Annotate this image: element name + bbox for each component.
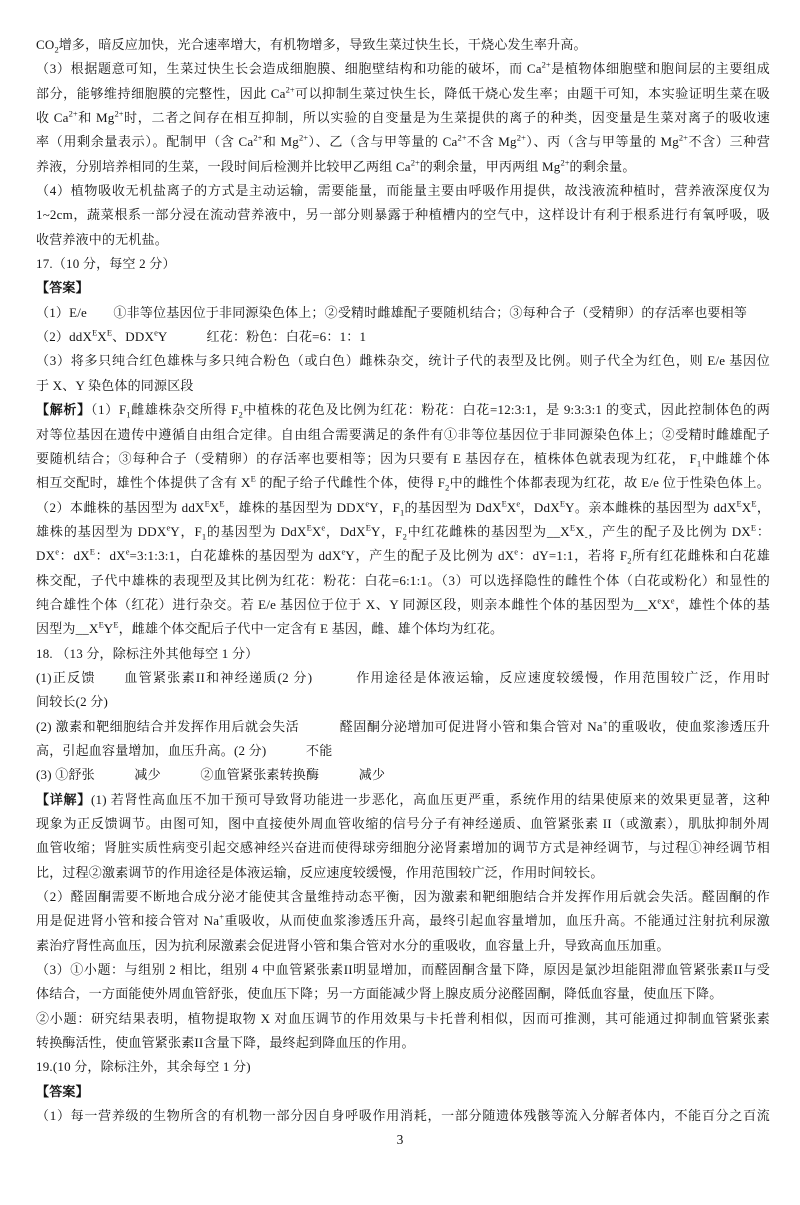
doc-line-detail-label: 【详解】(1) 若肾性高血压不加干预可导致肾功能进一步恶化，高血压更严重，系统作…	[36, 788, 770, 812]
doc-line: 体结合，一方面能使外周血管舒张，使血压下降；另一方面能减少肾上腺皮质分泌醛固酮，…	[36, 982, 770, 1006]
doc-line: 收 Ca2+和 Mg2+时，二者之间存在相互抑制，所以实验的自变量是为生菜提供的…	[36, 106, 770, 130]
doc-line: (3) ①舒张 减少 ②血管紧张素转换酶 减少	[36, 763, 770, 787]
page-number: 3	[0, 1128, 800, 1152]
doc-line: (1)正反馈 血管紧张素II和神经递质(2 分) 作用途径是体液运输，反应速度较…	[36, 666, 770, 690]
doc-line: ②小题：研究结果表明，植物提取物 X 对血压调节的作用效果与卡托普利相似，因而可…	[36, 1007, 770, 1031]
document-page: CO2增多，暗反应加快，光合速率增大，有机物增多，导致生菜过快生长，干烧心发生率…	[0, 0, 800, 1205]
doc-line: （3）根据题意可知，生菜过快生长会造成细胞膜、细胞壁结构和功能的破坏，而 Ca2…	[36, 57, 770, 81]
doc-line: （2）ddXEXE、DDXeY 红花：粉色：白花=6：1：1	[36, 325, 770, 349]
doc-line: 于 X、Y 染色体的同源区段	[36, 374, 770, 398]
doc-line-question-19-header: 19.(10 分，除标注外，其余每空 1 分)	[36, 1055, 770, 1079]
doc-line: 间较长(2 分)	[36, 690, 770, 714]
doc-line: CO2增多，暗反应加快，光合速率增大，有机物增多，导致生菜过快生长，干烧心发生率…	[36, 33, 770, 57]
doc-line: （1）E/e ①非等位基因位于非同源染色体上；②受精时雌雄配子要随机结合；③每种…	[36, 301, 770, 325]
doc-line: 1~2cm，蔬菜根系一部分浸在流动营养液中，另一部分则暴露于种植槽内的空气中，这…	[36, 203, 770, 227]
doc-line: 现象为正反馈调节。由图可知，图中直接使外周血管收缩的信号分子有神经递质、血管紧张…	[36, 812, 770, 836]
doc-line: (2) 激素和靶细胞结合并发挥作用后就会失活 醛固酮分泌增加可促进肾小管和集合管…	[36, 715, 770, 739]
doc-line: （1）每一营养级的生物所含的有机物一部分因自身呼吸作用消耗，一部分随遗体残骸等流…	[36, 1104, 770, 1128]
doc-line: 株交配，子代中雄株的表现型及其比例为红花：粉花：白花=6:1:1。（3）可以选择…	[36, 569, 770, 593]
document-text-block: CO2增多，暗反应加快，光合速率增大，有机物增多，导致生菜过快生长，干烧心发生率…	[36, 33, 770, 1128]
doc-line: 因型为__XEYE，雌雄个体交配后子代中一定含有 E 基因，雌、雄个体均为红花。	[36, 617, 770, 641]
doc-line: （4）植物吸收无机盐离子的方式是主动运输，需要能量，而能量主要由呼吸作用提供，故…	[36, 179, 770, 203]
doc-line-analysis-label: 【解析】（1）F1雌雄株杂交所得 F2中植株的花色及比例为红花：粉花：白花=12…	[36, 398, 770, 422]
doc-line: 高，引起血容量增加，血压升高。(2 分) 不能	[36, 739, 770, 763]
doc-line: 转换酶活性，使血管紧张素II含量下降，最终起到降血压的作用。	[36, 1031, 770, 1055]
doc-line: 养液，分别培养相同的生菜，一段时间后检测并比较甲乙两组 Ca2+的剩余量，甲丙两…	[36, 155, 770, 179]
doc-line: 雄株的基因型为 DDXeY，F1的基因型为 DdXEXe，DdXEY，F2中红花…	[36, 520, 770, 544]
doc-line-question-17-header: 17.（10 分，每空 2 分）	[36, 252, 770, 276]
doc-line: 纯合雄性个体（红花）进行杂交。若 E/e 基因位于位于 X、Y 同源区段，则亲本…	[36, 593, 770, 617]
doc-line: （3）将多只纯合红色雄株与多只纯合粉色（或白色）雌株杂交，统计子代的表型及比例。…	[36, 349, 770, 373]
doc-line: （2）醛固酮需要不断地合成分泌才能使其含量维持动态平衡，因为激素和靶细胞结合并发…	[36, 885, 770, 909]
doc-line: （2）本雌株的基因型为 ddXEXE，雄株的基因型为 DDXeY，F1的基因型为…	[36, 496, 770, 520]
doc-line: 血管收缩；肾脏实质性病变引起交感神经兴奋进而使得球旁细胞分泌肾素增加的调节方式是…	[36, 836, 770, 860]
doc-line-question-18-header: 18. （13 分，除标注外其他每空 1 分）	[36, 642, 770, 666]
doc-line: 收营养液中的无机盐。	[36, 228, 770, 252]
doc-line: 素治疗肾性高血压，因为抗利尿激素会促进肾小管和集合管对水分的重吸收，血容量上升，…	[36, 934, 770, 958]
doc-line: 相互交配时，雄性个体提供了含有 XE 的配子给子代雌性个体，使得 F2中的雌性个…	[36, 471, 770, 495]
doc-line-answer-label: 【答案】	[36, 1080, 770, 1104]
doc-line: 用是促进肾小管和接合管对 Na+重吸收，从而使血浆渗透压升高，最终引起血容量增加…	[36, 909, 770, 933]
doc-line: DXe：dXE：dXe=3:1:3:1，白花雄株的基因型为 ddXeY，产生的配…	[36, 544, 770, 568]
doc-line: 要随机结合；③每种合子（受精卵）的存活率也要相等；因为只要有 E 基因存在，植株…	[36, 447, 770, 471]
doc-line: 对等位基因在遗传中遵循自由组合定律。自由组合需要满足的条件有①非等位基因位于非同…	[36, 423, 770, 447]
doc-line-answer-label: 【答案】	[36, 276, 770, 300]
doc-line: 率（用剩余量表示）。配制甲（含 Ca2+和 Mg2+）、乙（含与甲等量的 Ca2…	[36, 130, 770, 154]
doc-line: 部分，能够维持细胞膜的完整性，因此 Ca2+可以抑制生菜过快生长，降低干烧心发生…	[36, 82, 770, 106]
doc-line: （3）①小题：与组别 2 相比，组别 4 中血管紧张素II明显增加，而醛固酮含量…	[36, 958, 770, 982]
doc-line: 比，过程②激素调节的作用途径是体液运输，反应速度较缓慢，作用范围较广泛，作用时间…	[36, 861, 770, 885]
